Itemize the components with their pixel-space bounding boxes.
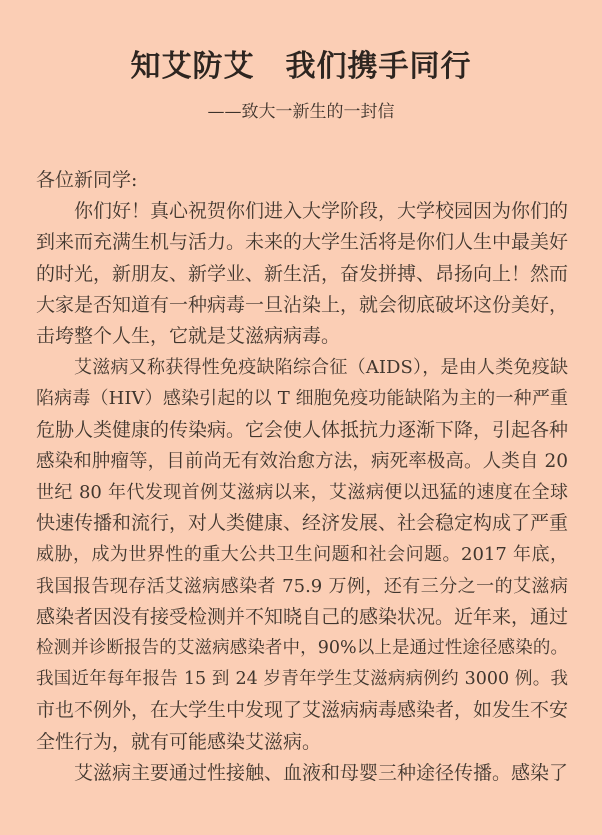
body-line: 检测并诊断报告的艾滋病感染者中，90%以上是通过性途径感染的。	[36, 633, 568, 664]
letter-body: 各位新同学: 你们好！真心祝贺你们进入大学阶段，大学校园因为你们的 到来而充满生…	[36, 165, 568, 789]
letter-page: 知艾防艾 我们携手同行 ——致大一新生的一封信 各位新同学: 你们好！真心祝贺你…	[0, 0, 602, 835]
body-line: 到来而充满生机与活力。未来的大学生活将是你们人生中最美好	[36, 227, 568, 258]
body-line: 感染者因没有接受检测并不知晓自己的感染状况。近年来，通过	[36, 602, 568, 633]
body-line: 艾滋病又称获得性免疫缺陷综合征（AIDS），是由人类免疫缺	[36, 352, 568, 383]
body-line: 危胁人类健康的传染病。它会使人体抵抗力逐渐下降，引起各种	[36, 415, 568, 446]
body-line: 快速传播和流行，对人类健康、经济发展、社会稳定构成了严重	[36, 508, 568, 539]
body-line: 击垮整个人生，它就是艾滋病病毒。	[36, 321, 568, 352]
body-line: 大家是否知道有一种病毒一旦沾染上，就会彻底破坏这份美好，	[36, 290, 568, 321]
body-line: 我国近年每年报告 15 到 24 岁青年学生艾滋病病例约 3000 例。我	[36, 664, 568, 695]
body-line: 我国报告现存活艾滋病感染者 75.9 万例，还有三分之一的艾滋病	[36, 571, 568, 602]
body-line: 你们好！真心祝贺你们进入大学阶段，大学校园因为你们的	[36, 196, 568, 227]
salutation: 各位新同学:	[36, 165, 568, 196]
body-line: 市也不例外，在大学生中发现了艾滋病病毒感染者，如发生不安	[36, 695, 568, 726]
body-line: 陷病毒（HIV）感染引起的以 T 细胞免疫功能缺陷为主的一种严重	[36, 383, 568, 414]
body-line: 威胁，成为世界性的重大公共卫生问题和社会问题。2017 年底，	[36, 539, 568, 570]
body-line: 的时光，新朋友、新学业、新生活，奋发拼搏、昂扬向上！然而	[36, 259, 568, 290]
letter-subtitle: ——致大一新生的一封信	[0, 97, 602, 122]
body-line: 艾滋病主要通过性接触、血液和母婴三种途径传播。感染了	[36, 758, 568, 789]
body-line: 全性行为，就有可能感染艾滋病。	[36, 727, 568, 758]
letter-title: 知艾防艾 我们携手同行	[0, 41, 602, 85]
body-line: 世纪 80 年代发现首例艾滋病以来，艾滋病便以迅猛的速度在全球	[36, 477, 568, 508]
body-line: 感染和肿瘤等，目前尚无有效治愈方法，病死率极高。人类自 20	[36, 446, 568, 477]
